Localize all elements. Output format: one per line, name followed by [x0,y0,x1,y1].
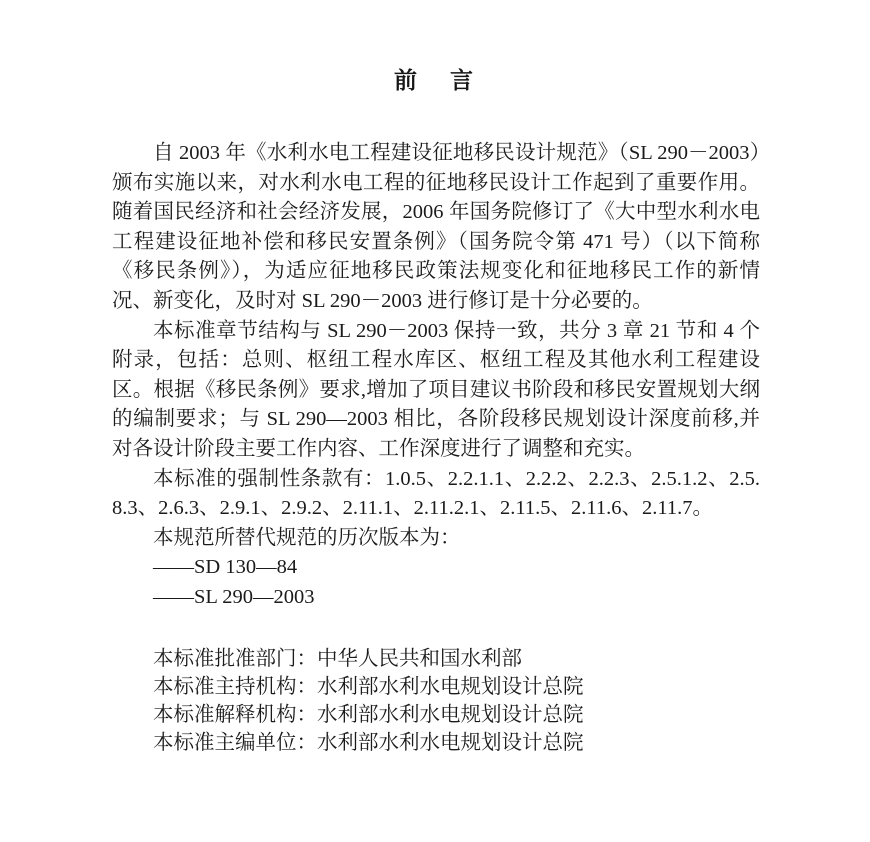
paragraph-structure: 本标准章节结构与 SL 290－2003 保持一致，共分 3 章 21 节和 4… [112,317,760,465]
paragraph-replaced-versions-intro: 本规范所替代规范的历次版本为： [112,524,760,554]
approval-department-line: 本标准批准部门：中华人民共和国水利部 [112,645,760,673]
version-line-sl290: ——SL 290—2003 [112,583,760,613]
interpretation-organization-line: 本标准解释机构：水利部水利水电规划设计总院 [112,701,760,729]
version-line-sd130: ——SD 130—84 [112,553,760,583]
paragraph-intro: 自 2003 年《水利水电工程建设征地移民设计规范》（SL 290－2003）颁… [112,139,760,317]
standard-info-block: 本标准批准部门：中华人民共和国水利部 本标准主持机构：水利部水利水电规划设计总院… [112,645,760,757]
host-organization-line: 本标准主持机构：水利部水利水电规划设计总院 [112,673,760,701]
document-content: 前 言 自 2003 年《水利水电工程建设征地移民设计规范》（SL 290－20… [112,66,760,757]
paragraph-mandatory-clauses: 本标准的强制性条款有：1.0.5、2.2.1.1、2.2.2、2.2.3、2.5… [112,465,760,524]
page-title: 前 言 [112,66,760,96]
document-page: 前 言 自 2003 年《水利水电工程建设征地移民设计规范》（SL 290－20… [0,0,870,842]
chief-editor-unit-line: 本标准主编单位：水利部水利水电规划设计总院 [112,729,760,757]
